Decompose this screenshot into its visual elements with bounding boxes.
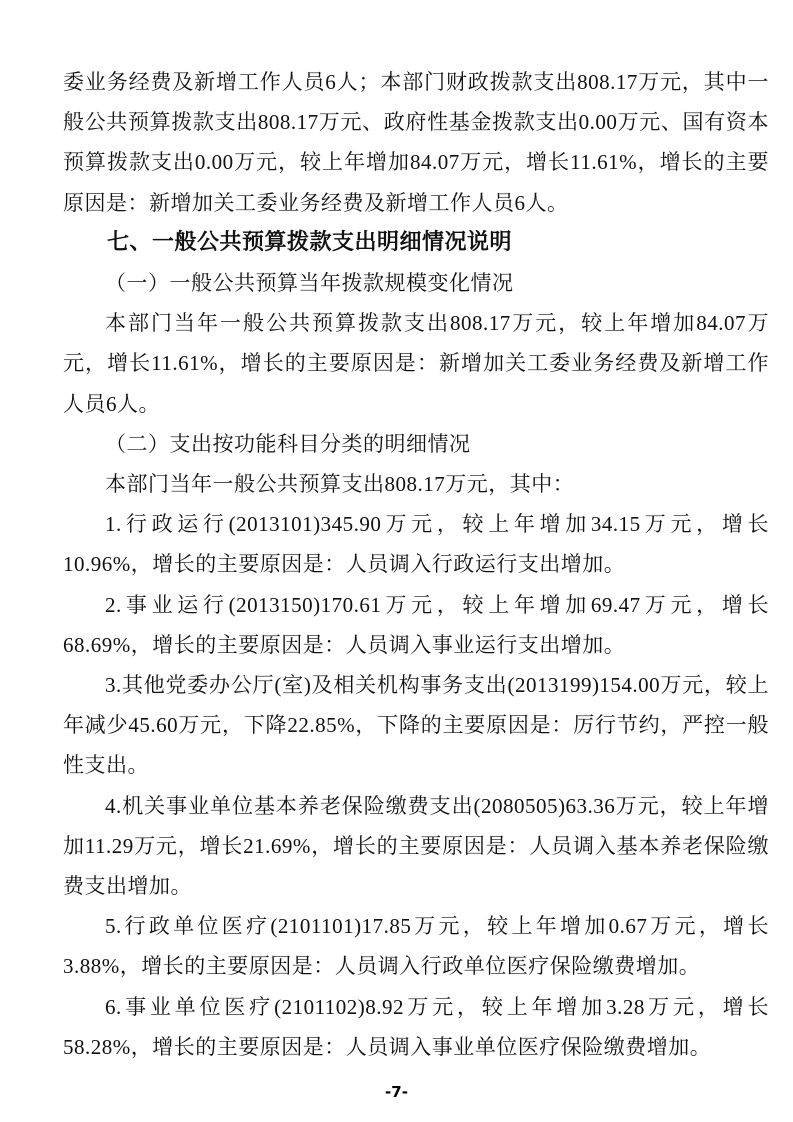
paragraph-continuation: 委业务经费及新增工作人员6人；本部门财政拨款支出808.17万元，其中一般公共预… [63, 62, 769, 223]
subsection-2-intro: 本部门当年一般公共预算支出808.17万元，其中： [63, 464, 769, 504]
document-body: 委业务经费及新增工作人员6人；本部门财政拨款支出808.17万元，其中一般公共预… [63, 62, 769, 1067]
expense-item-6: 6.事业单位医疗(2101102)8.92万元，较上年增加3.28万元，增长58… [63, 987, 769, 1067]
expense-item-4: 4.机关事业单位基本养老保险缴费支出(2080505)63.36万元，较上年增加… [63, 786, 769, 907]
expense-item-5: 5.行政单位医疗(2101101)17.85万元，较上年增加0.67万元，增长3… [63, 906, 769, 986]
subsection-1-paragraph: 本部门当年一般公共预算拨款支出808.17万元，较上年增加84.07万元，增长1… [63, 303, 769, 424]
page-number: -7- [0, 1083, 793, 1101]
expense-item-3: 3.其他党委办公厅(室)及相关机构事务支出(2013199)154.00万元，较… [63, 665, 769, 786]
expense-item-2: 2.事业运行(2013150)170.61万元，较上年增加69.47万元，增长6… [63, 585, 769, 665]
expense-item-1: 1.行政运行(2013101)345.90万元，较上年增加34.15万元，增长1… [63, 504, 769, 584]
section-heading: 七、一般公共预算拨款支出明细情况说明 [63, 223, 769, 263]
subsection-2-title: （二）支出按功能科目分类的明细情况 [63, 424, 769, 464]
document-page: 委业务经费及新增工作人员6人；本部门财政拨款支出808.17万元，其中一般公共预… [0, 0, 793, 1122]
subsection-1-title: （一）一般公共预算当年拨款规模变化情况 [63, 263, 769, 303]
